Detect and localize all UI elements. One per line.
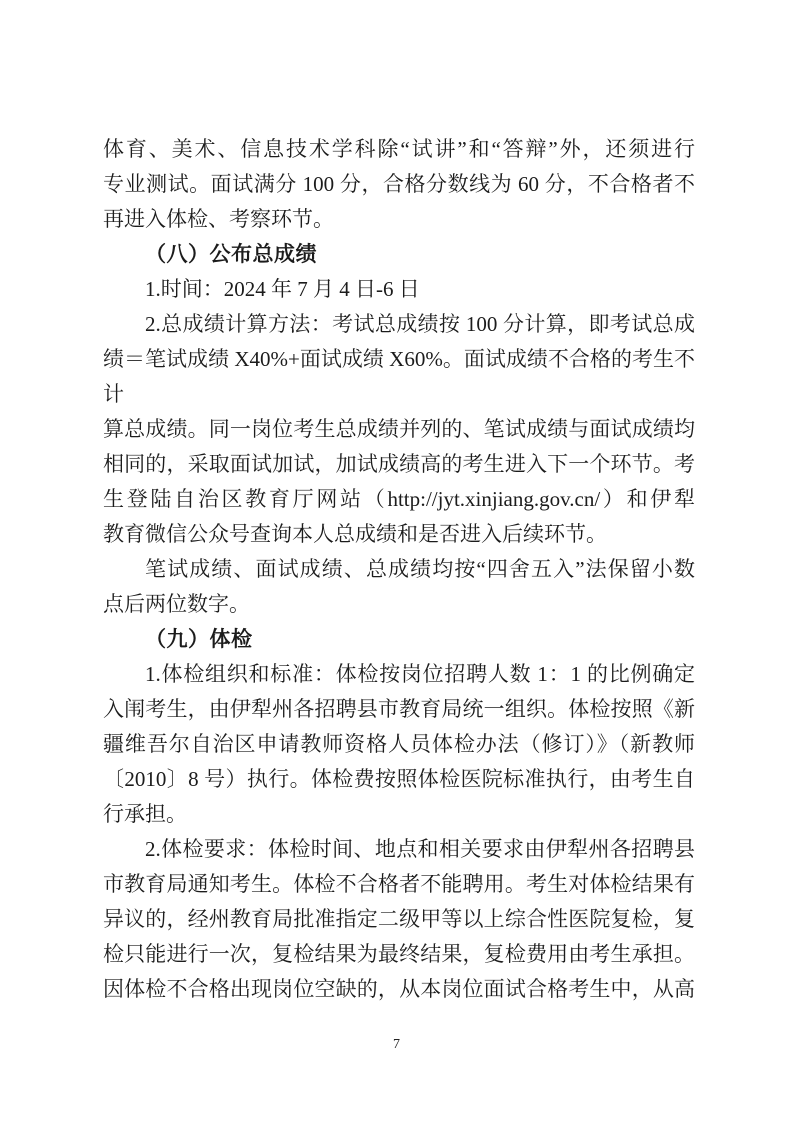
text-line: 异议的，经州教育局批准指定二级甲等以上综合性医院复检，复	[103, 902, 695, 937]
text-line: 因体检不合格出现岗位空缺的，从本岗位面试合格考生中，从高	[103, 972, 695, 1007]
text-line: 2.体检要求：体检时间、地点和相关要求由伊犁州各招聘县	[103, 832, 695, 867]
text-line: 1.体检组织和标准：体检按岗位招聘人数 1：1 的比例确定	[103, 657, 695, 692]
document-page: 体育、美术、信息技术学科除“试讲”和“答辩”外，还须进行 专业测试。面试满分 1…	[0, 0, 793, 1122]
text-line: 体育、美术、信息技术学科除“试讲”和“答辩”外，还须进行	[103, 132, 695, 167]
text-line: 专业测试。面试满分 100 分，合格分数线为 60 分，不合格者不	[103, 167, 695, 202]
text-line: 检只能进行一次，复检结果为最终结果，复检费用由考生承担。	[103, 937, 695, 972]
page-number: 7	[0, 1036, 793, 1054]
text-line: 相同的，采取面试加试，加试成绩高的考生进入下一个环节。考	[103, 447, 695, 482]
text-line: 点后两位数字。	[103, 587, 695, 622]
text-line: 绩＝笔试成绩 X40%+面试成绩 X60%。面试成绩不合格的考生不计	[103, 342, 695, 412]
text-line: 生登陆自治区教育厅网站（http://jyt.xinjiang.gov.cn/）…	[103, 482, 695, 517]
text-line: 2.总成绩计算方法：考试总成绩按 100 分计算，即考试总成	[103, 307, 695, 342]
document-body: 体育、美术、信息技术学科除“试讲”和“答辩”外，还须进行 专业测试。面试满分 1…	[103, 132, 695, 1007]
section-heading: （八）公布总成绩	[103, 237, 695, 272]
text-line: 市教育局通知考生。体检不合格者不能聘用。考生对体检结果有	[103, 867, 695, 902]
text-line: 疆维吾尔自治区申请教师资格人员体检办法（修订）》（新教师	[103, 727, 695, 762]
text-line: 1.时间：2024 年 7 月 4 日-6 日	[103, 272, 695, 307]
text-line: 再进入体检、考察环节。	[103, 202, 695, 237]
text-line: 行承担。	[103, 797, 695, 832]
text-line: 教育微信公众号查询本人总成绩和是否进入后续环节。	[103, 517, 695, 552]
text-line: 笔试成绩、面试成绩、总成绩均按“四舍五入”法保留小数	[103, 552, 695, 587]
text-line: 算总成绩。同一岗位考生总成绩并列的、笔试成绩与面试成绩均	[103, 412, 695, 447]
section-heading: （九）体检	[103, 622, 695, 657]
text-line: 〔2010〕8 号）执行。体检费按照体检医院标准执行，由考生自	[103, 762, 695, 797]
text-line: 入闱考生，由伊犁州各招聘县市教育局统一组织。体检按照《新	[103, 692, 695, 727]
